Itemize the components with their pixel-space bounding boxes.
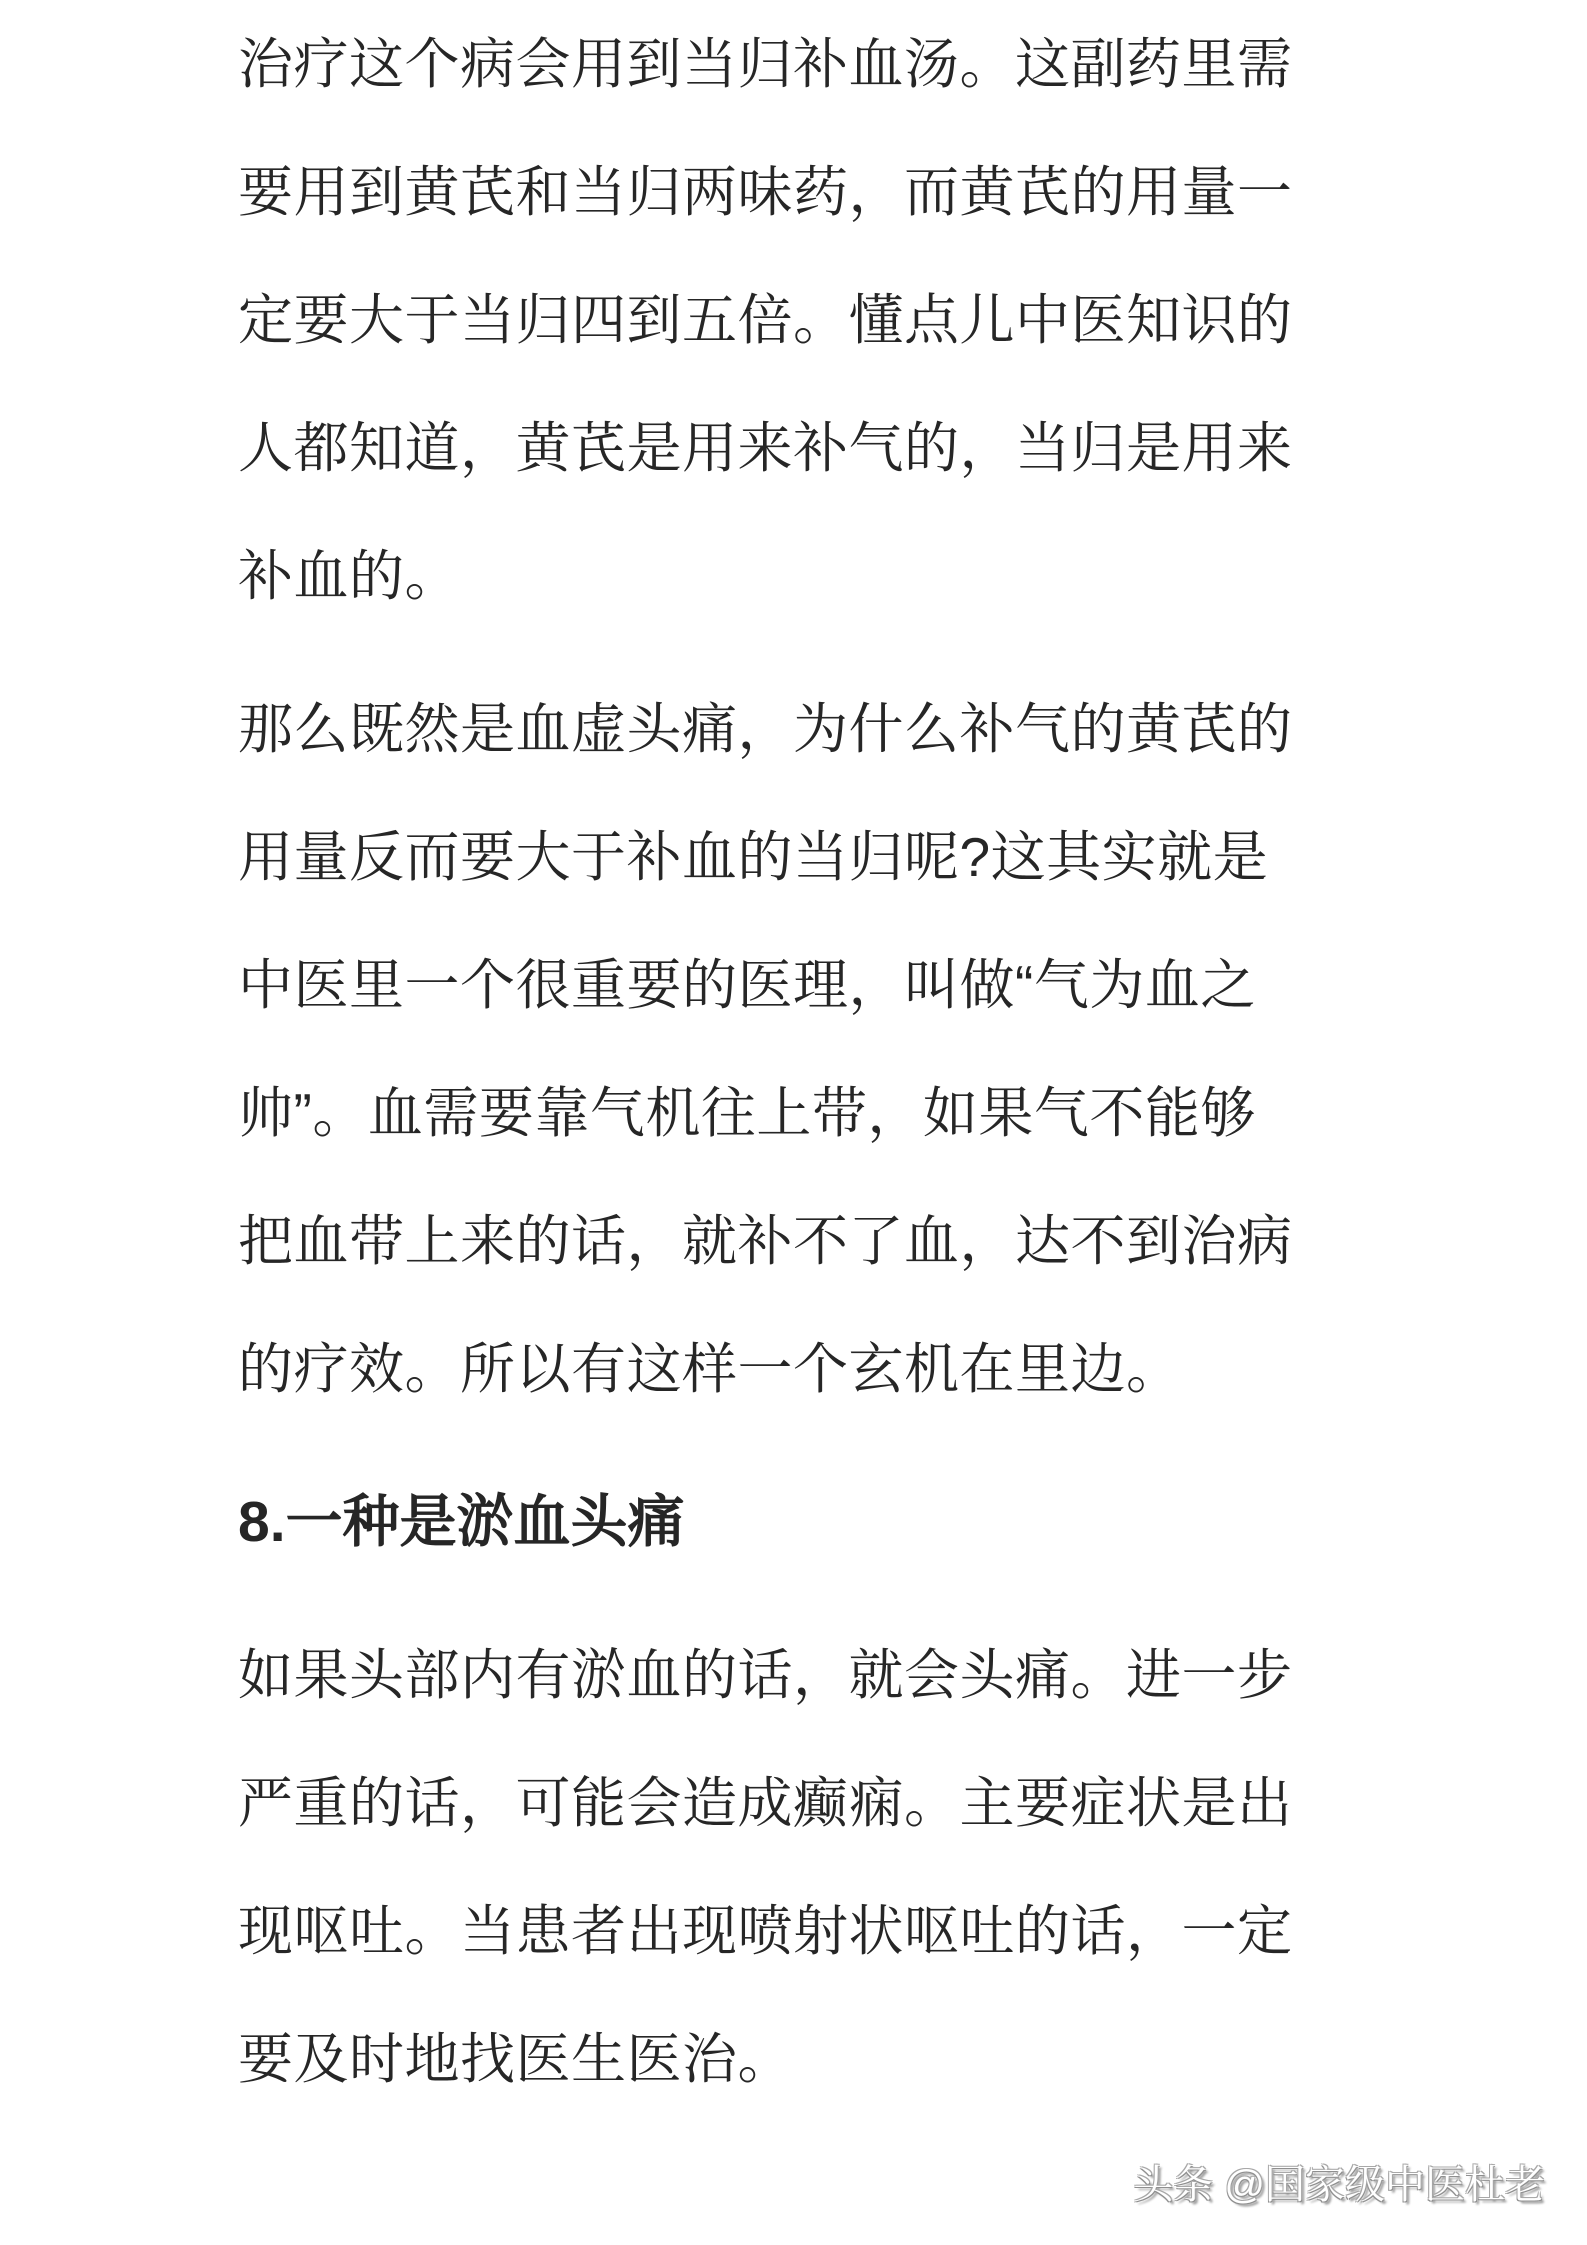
paragraph-3: 如果头部内有淤血的话，就会头痛。进一步 严重的话，可能会造成癫痫。主要症状是出 … xyxy=(238,1611,1353,2123)
text-line: 把血带上来的话，就补不了血，达不到治病 xyxy=(238,1177,1353,1305)
watermark: 头条 @国家级中医杜老 xyxy=(1133,2163,1545,2207)
text-line: 治疗这个病会用到当归补血汤。这副药里需 xyxy=(238,0,1353,128)
section-heading: 8.一种是淤血头痛 xyxy=(238,1458,1353,1586)
paragraph-1: 治疗这个病会用到当归补血汤。这副药里需 要用到黄芪和当归两味药，而黄芪的用量一 … xyxy=(238,0,1353,640)
text-line: 定要大于当归四到五倍。懂点儿中医知识的 xyxy=(238,256,1353,384)
text-line: 补血的。 xyxy=(238,512,1353,640)
text-line: 要及时地找医生医治。 xyxy=(238,1995,1353,2123)
text-line: 用量反而要大于补血的当归呢?这其实就是 xyxy=(238,793,1353,921)
text-line: 要用到黄芪和当归两味药，而黄芪的用量一 xyxy=(238,128,1353,256)
text-line: 的疗效。所以有这样一个玄机在里边。 xyxy=(238,1305,1353,1433)
text-line: 严重的话，可能会造成癫痫。主要症状是出 xyxy=(238,1739,1353,1867)
paragraph-2: 那么既然是血虚头痛，为什么补气的黄芪的 用量反而要大于补血的当归呢?这其实就是 … xyxy=(238,665,1353,1433)
text-line: 帅”。血需要靠气机往上带，如果气不能够 xyxy=(238,1049,1353,1177)
text-line: 中医里一个很重要的医理，叫做“气为血之 xyxy=(238,921,1353,1049)
text-line: 那么既然是血虚头痛，为什么补气的黄芪的 xyxy=(238,665,1353,793)
text-line: 人都知道，黄芪是用来补气的，当归是用来 xyxy=(238,384,1353,512)
text-line: 现呕吐。当患者出现喷射状呕吐的话，一定 xyxy=(238,1867,1353,1995)
article-body: 治疗这个病会用到当归补血汤。这副药里需 要用到黄芪和当归两味药，而黄芪的用量一 … xyxy=(238,0,1353,2148)
text-line: 如果头部内有淤血的话，就会头痛。进一步 xyxy=(238,1611,1353,1739)
